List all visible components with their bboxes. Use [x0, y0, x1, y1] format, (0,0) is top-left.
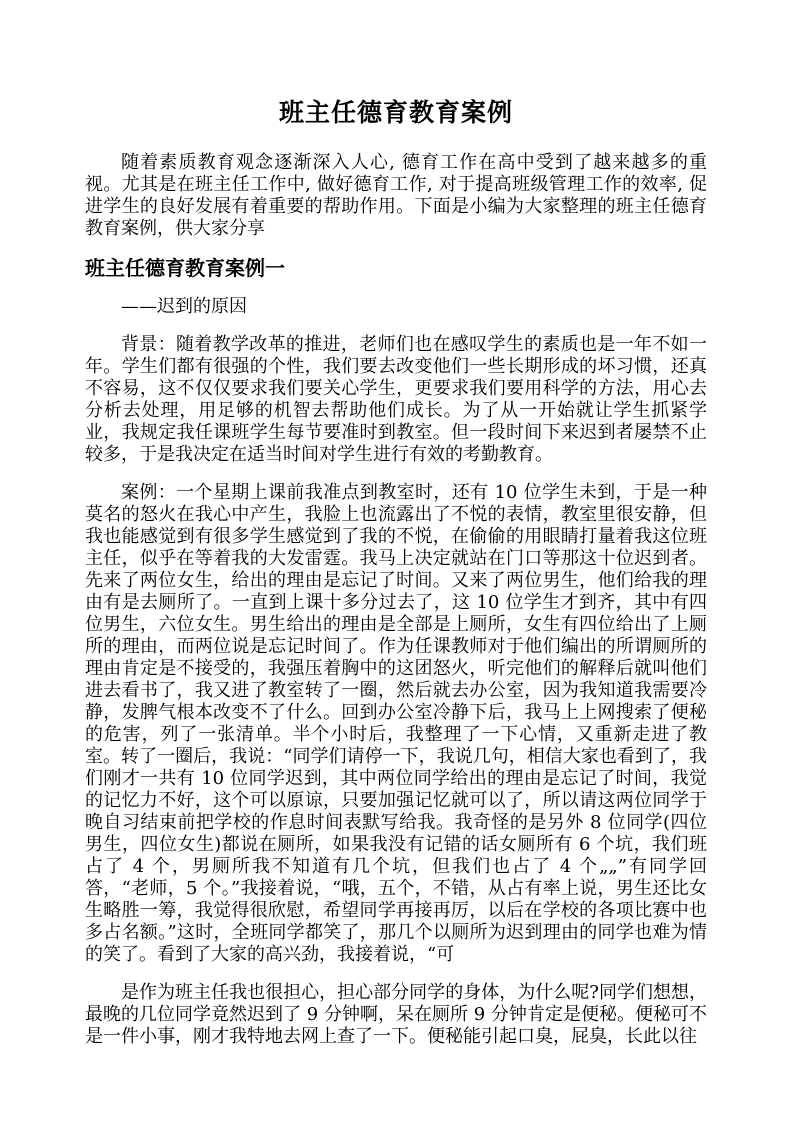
document-page: 班主任德育教育案例 随着素质教育观念逐渐深入人心, 德育工作在高中受到了越来越多…: [0, 0, 793, 1122]
case-subtitle: ——迟到的原因: [85, 296, 707, 318]
case-paragraph: 案例：一个星期上课前我准点到教室时，还有 10 位学生未到，于是一种莫名的怒火在…: [85, 482, 707, 966]
section-heading-case-one: 班主任德育教育案例一: [85, 256, 707, 280]
background-paragraph: 背景：随着教学改革的推进，老师们也在感叹学生的素质也是一年不如一年。学生们都有很…: [85, 334, 707, 466]
document-title: 班主任德育教育案例: [85, 98, 707, 128]
intro-paragraph: 随着素质教育观念逐渐深入人心, 德育工作在高中受到了越来越多的重视。尤其是在班主…: [85, 152, 707, 240]
closing-paragraph: 是作为班主任我也很担心，担心部分同学的身体，为什么呢?同学们想想，最晚的几位同学…: [85, 982, 707, 1048]
